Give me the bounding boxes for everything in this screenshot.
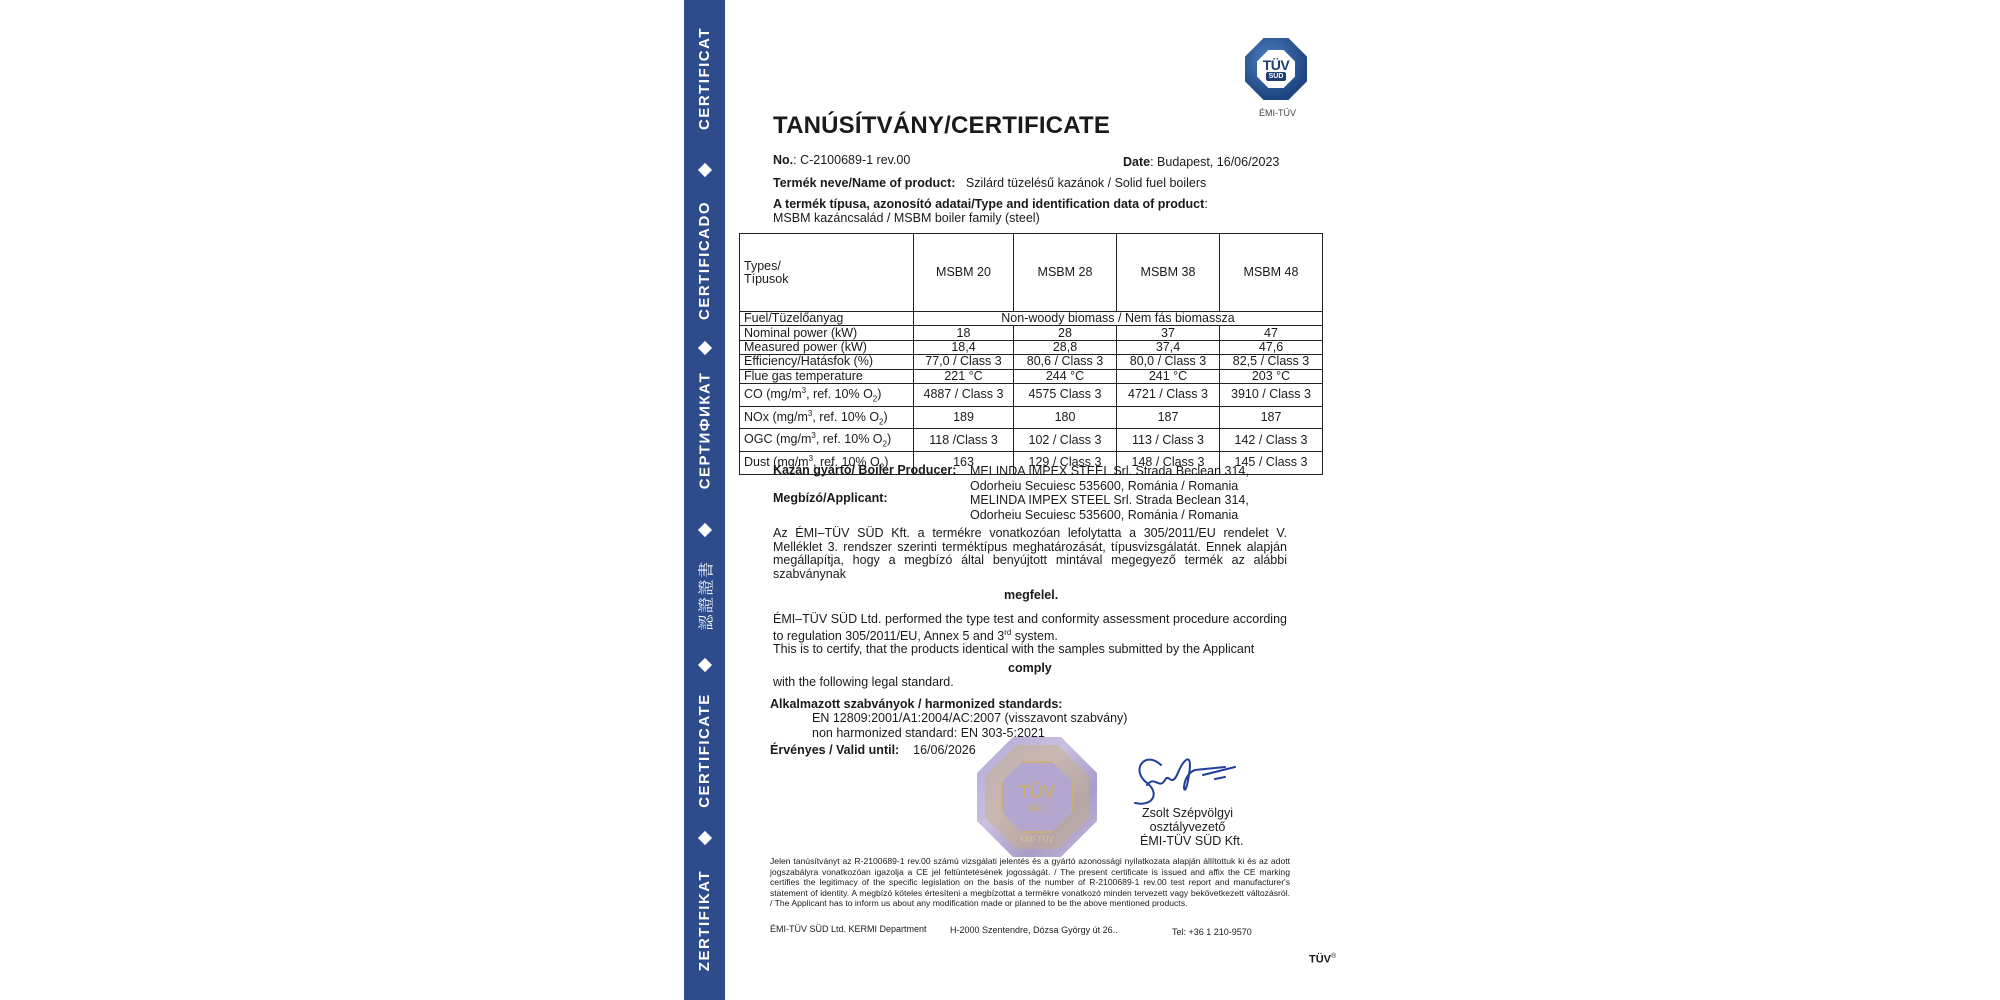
table-cell: 4887 / Class 3 (914, 383, 1014, 406)
table-cell: 203 °C (1220, 369, 1323, 383)
table-cell: 80,0 / Class 3 (1117, 355, 1220, 369)
row-label: Flue gas temperature (740, 369, 914, 383)
table-cell: 37,4 (1117, 340, 1220, 354)
band-label: CERTIFICATE (684, 690, 725, 810)
english-certify-line: This is to certify, that the products id… (773, 642, 1254, 656)
table-cell: 189 (914, 406, 1014, 429)
certificate-number: No.: C-2100689-1 rev.00 (773, 153, 910, 167)
specification-table: Types/Típusok MSBM 20 MSBM 28 MSBM 38 MS… (739, 233, 1323, 475)
standards-label: Alkalmazott szabványok / harmonized stan… (770, 697, 1062, 711)
table-cell: 77,0 / Class 3 (914, 355, 1014, 369)
table-cell: 118 /Class 3 (914, 429, 1014, 452)
product-type-label: A termék típusa, azonosító adatai/Type a… (773, 197, 1208, 211)
row-label: NOx (mg/m3, ref. 10% O2) (740, 406, 914, 429)
product-name: Termék neve/Name of product: Szilárd tüz… (773, 176, 1206, 190)
footer-tel: Tel: +36 1 210-9570 (1172, 927, 1252, 937)
table-row: OGC (mg/m3, ref. 10% O2)118 /Class 3102 … (740, 429, 1323, 452)
table-row: CO (mg/m3, ref. 10% O2)4887 / Class 3457… (740, 383, 1323, 406)
producer-address: MELINDA IMPEX STEEL Srl. Strada Beclean … (970, 464, 1249, 494)
signature-icon (1125, 745, 1255, 815)
standard-line: EN 12809:2001/A1:2004/AC:2007 (visszavon… (812, 711, 1127, 725)
tuv-sud-logo-icon: TÜV SÜD (1245, 38, 1307, 100)
table-cell: 187 (1117, 406, 1220, 429)
side-band: CERTIFICAT CERTIFICADO СЕРТИФИКАТ 認證證書 C… (684, 0, 725, 1000)
table-row: Fuel/Tüzelőanyag Non-woody biomass / Nem… (740, 312, 1323, 326)
applicant-address: MELINDA IMPEX STEEL Srl. Strada Beclean … (970, 493, 1249, 523)
certificate-date: Date: Budapest, 16/06/2023 (1123, 155, 1279, 169)
row-label: Measured power (kW) (740, 340, 914, 354)
applicant-label: Megbízó/Applicant: (773, 491, 888, 505)
footer-address: H-2000 Szentendre, Dózsa György út 26.. (950, 925, 1118, 935)
standard-line: non harmonized standard: EN 303-5:2021 (812, 726, 1045, 740)
band-label: СЕРТИФИКАТ (684, 375, 725, 485)
row-label: Fuel/Tüzelőanyag (740, 312, 914, 326)
table-cell: 4721 / Class 3 (1117, 383, 1220, 406)
footer-brand: TÜV® (1309, 953, 1336, 966)
english-statement: ÉMI–TÜV SÜD Ltd. performed the type test… (773, 612, 1287, 643)
table-cell: 113 / Class 3 (1117, 429, 1220, 452)
header-types-cell: Types/Típusok (740, 234, 914, 312)
table-cell: 82,5 / Class 3 (1220, 355, 1323, 369)
band-label: ZERTIFIKAT (684, 865, 725, 975)
table-cell: 18,4 (914, 340, 1014, 354)
table-row: Flue gas temperature221 °C244 °C241 °C20… (740, 369, 1323, 383)
model-header: MSBM 48 (1220, 234, 1323, 312)
table-row: Measured power (kW)18,428,837,447,6 (740, 340, 1323, 354)
footnote: Jelen tanúsítványt az R-2100689-1 rev.00… (770, 856, 1290, 909)
legal-standard-line: with the following legal standard. (773, 675, 954, 689)
model-header: MSBM 20 (914, 234, 1014, 312)
model-header: MSBM 28 (1014, 234, 1117, 312)
model-header: MSBM 38 (1117, 234, 1220, 312)
table-cell: 221 °C (914, 369, 1014, 383)
hungarian-verdict: megfelel. (1004, 588, 1058, 602)
row-label: Efficiency/Hatásfok (%) (740, 355, 914, 369)
table-cell: 241 °C (1117, 369, 1220, 383)
table-row: NOx (mg/m3, ref. 10% O2)189180187187 (740, 406, 1323, 429)
band-label: 認證證書 (684, 555, 725, 635)
table-cell: 37 (1117, 326, 1220, 340)
table-cell: 180 (1014, 406, 1117, 429)
logo-caption: ÉMI-TÜV (1259, 108, 1296, 118)
table-cell: 4575 Class 3 (1014, 383, 1117, 406)
band-label: CERTIFICAT (684, 28, 725, 128)
valid-until: Érvényes / Valid until: 16/06/2026 (770, 743, 976, 757)
hologram-seal-icon: TÜV SÜD ÉMI-TÜV (977, 737, 1097, 857)
producer-label: Kazán gyártó/ Boiler Producer: (773, 463, 956, 477)
band-diamond-icon (684, 160, 725, 180)
fuel-value: Non-woody biomass / Nem fás biomassza (914, 312, 1323, 326)
band-diamond-icon (684, 520, 725, 540)
table-cell: 28,8 (1014, 340, 1117, 354)
table-row: Nominal power (kW)18283747 (740, 326, 1323, 340)
band-diamond-icon (684, 338, 725, 358)
table-cell: 47,6 (1220, 340, 1323, 354)
hungarian-statement: Az ÉMI–TÜV SÜD Kft. a termékre vonatkozó… (773, 527, 1287, 581)
table-cell: 244 °C (1014, 369, 1117, 383)
english-verdict: comply (1008, 661, 1052, 675)
page-title: TANÚSÍTVÁNY/CERTIFICATE (773, 112, 1110, 140)
signatory-role: osztályvezető (1150, 820, 1226, 834)
table-header-row: Types/Típusok MSBM 20 MSBM 28 MSBM 38 MS… (740, 234, 1323, 312)
table-cell: 187 (1220, 406, 1323, 429)
table-cell: 3910 / Class 3 (1220, 383, 1323, 406)
band-diamond-icon (684, 828, 725, 848)
row-label: CO (mg/m3, ref. 10% O2) (740, 383, 914, 406)
row-label: OGC (mg/m3, ref. 10% O2) (740, 429, 914, 452)
signatory-org: ÉMI-TÜV SÜD Kft. (1140, 834, 1243, 848)
table-cell: 18 (914, 326, 1014, 340)
signatory-name: Zsolt Szépvölgyi (1142, 806, 1233, 820)
band-diamond-icon (684, 655, 725, 675)
footer-department: ÉMI-TÜV SÜD Ltd. KERMI Department (770, 924, 927, 934)
row-label: Nominal power (kW) (740, 326, 914, 340)
table-cell: 28 (1014, 326, 1117, 340)
product-type-value: MSBM kazáncsalád / MSBM boiler family (s… (773, 211, 1040, 225)
table-cell: 47 (1220, 326, 1323, 340)
band-label: CERTIFICADO (684, 200, 725, 320)
table-cell: 102 / Class 3 (1014, 429, 1117, 452)
signatory-block: Zsolt Szépvölgyi osztályvezető ÉMI-TÜV S… (1140, 806, 1235, 848)
table-cell: 80,6 / Class 3 (1014, 355, 1117, 369)
table-cell: 142 / Class 3 (1220, 429, 1323, 452)
table-row: Efficiency/Hatásfok (%)77,0 / Class 380,… (740, 355, 1323, 369)
